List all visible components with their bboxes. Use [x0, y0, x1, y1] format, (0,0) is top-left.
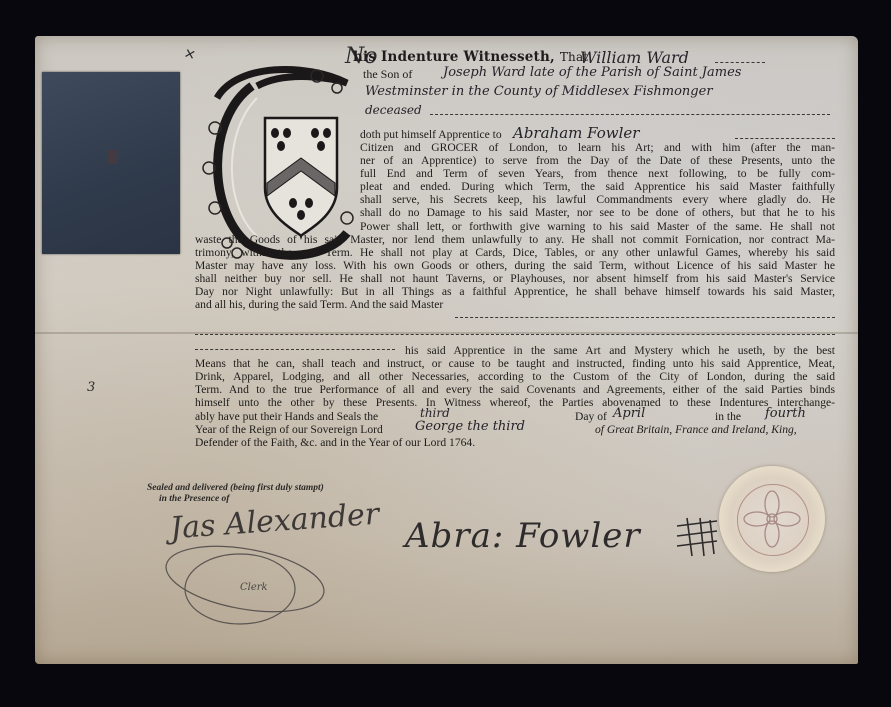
master-signature: Abra: Fowler [405, 516, 641, 556]
signature-flourish-icon [160, 524, 330, 634]
wax-seal [719, 466, 825, 572]
day-value: third [420, 406, 450, 420]
father-status: deceased [365, 103, 422, 117]
day-of-label: Day of [575, 410, 607, 423]
date-line-2-prefix: Year of the Reign of our Sovereign Lord [195, 423, 383, 436]
signature-paraph-icon [672, 516, 722, 558]
witness-title: Clerk [240, 582, 268, 593]
in-the-label: in the [715, 410, 741, 423]
father-place-and-trade: Westminster in the County of Middlesex F… [365, 84, 713, 99]
revenue-stamp-panel [42, 72, 180, 254]
blank-line [735, 138, 835, 140]
date-line-3: Defender of the Faith, &c. and in the Ye… [195, 436, 475, 449]
blank-line [455, 317, 835, 319]
date-line-1-prefix: ably have put their Hands and Seals the [195, 410, 378, 423]
covenant-text-block-2: waste the Goods of his said Master, nor … [195, 233, 835, 312]
stamp-mark [108, 150, 118, 164]
regnal-year-value: fourth [765, 406, 806, 421]
apprentice-to-label: doth put himself Apprentice to [360, 128, 502, 141]
son-of-label: the Son of [363, 68, 412, 81]
father-name-and-parish: Joseph Ward late of the Parish of Saint … [443, 65, 741, 80]
blank-line [715, 62, 765, 64]
blank-line [430, 114, 830, 116]
indenture-document: + No 3 his Indenture Witnesseth, That Wi… [35, 36, 858, 664]
rosette-seal-icon [737, 484, 807, 554]
month-value: April [613, 406, 645, 421]
covenant-text-block-1: Citizen and GROCER of London, to learn h… [360, 141, 835, 233]
blank-line [195, 334, 835, 336]
master-name: Abraham Fowler [513, 124, 639, 142]
date-line-2-suffix: of Great Britain, France and Ireland, Ki… [595, 423, 797, 436]
indenture-heading: his Indenture Witnesseth, That [353, 49, 588, 65]
sovereign-value: George the third [415, 419, 525, 434]
covenant-text-block-3: his said Apprentice in the same Art and … [195, 344, 835, 409]
margin-annotation: 3 [87, 380, 95, 395]
heading-title: his Indenture Witnesseth, [353, 49, 555, 65]
